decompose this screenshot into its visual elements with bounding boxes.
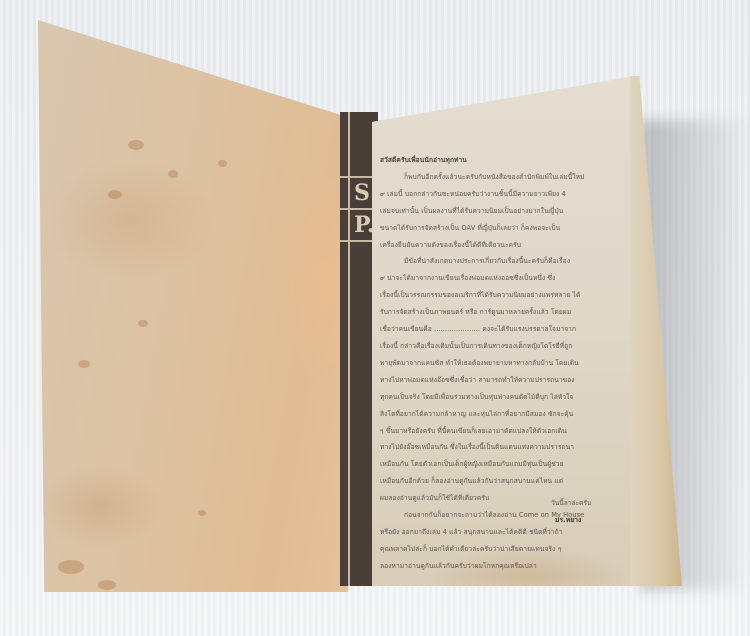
text-line: เหมือนกัน โดยตัวเอกเป็นเด็กผู้หญิงเหมือน… <box>380 456 642 473</box>
text-line: ทุกคนเป็นจริง โดยมีเพื่อนร่วมทางเป็นหุ่น… <box>380 389 642 406</box>
preface-text: สวัสดีครับเพื่อนนักอ่านทุกท่าน ก็พบกันอี… <box>380 152 642 575</box>
text-line: ๙ เล่มนี้ บอกกล่าวกันซะหน่อยครับว่างานชิ… <box>380 186 642 203</box>
text-line: ผมลองอ่านดูแล้วมันก็ใช้ได้ทีเดียวครับ <box>380 490 642 507</box>
foxing-stain <box>58 560 84 574</box>
text-line: พายุพัดมาจากแคนซัส ทำให้เธอต้องพยายามหาท… <box>380 355 642 372</box>
text-line: มีข้อที่น่าสังเกตบางประการเกี่ยวกับเรื่อ… <box>380 253 642 270</box>
foxing-stain <box>218 160 227 167</box>
text-line: สิงโตที่อยากได้ความกล้าหาญ และหุ่นไล่กาท… <box>380 406 642 423</box>
text-line: ๙ น่าจะได้มาจากงานเขียนเรื่องพ่อมดแห่งออ… <box>380 270 642 287</box>
text-line: หรือยัง ออกมาถึงเล่ม 4 แล้ว สนุกสนานและไ… <box>380 524 642 541</box>
text-line: เชื่อว่าคนเขียนคือ .....................… <box>380 321 642 338</box>
text-line: ๆ ขึ้นมาหรือยังครับ ที่นี้คนเขียนก็เลยเอ… <box>380 423 642 440</box>
text-line: ก็พบกันอีกครั้งแล้วนะครับกับหนังสือของสำ… <box>380 169 642 186</box>
spine-rule <box>348 112 350 586</box>
sign-off: วันนี้ลาล่ะครับ <box>551 497 591 508</box>
text-line: เหมือนกันอีกด้วย ก็ลองอ่านดูกันแล้วกันว่… <box>380 473 642 490</box>
spine-letter: S <box>354 182 370 204</box>
text-line: เรื่องนี้เป็นวรรณกรรมของอเมริกาที่ได้รับ… <box>380 287 642 304</box>
text-line: ก่อนจากกันก็อยากจะถามว่าได้ลองอ่าน Come … <box>380 507 642 524</box>
foxing-stain <box>138 320 148 327</box>
text-line: เครื่องยืนยันความดังของเรื่องนี้ได้ดีทีเ… <box>380 237 642 254</box>
signature: มร.หยาง <box>555 514 581 525</box>
text-line: เล่มจบเท่านั้น เป็นผลงานที่ได้รับความนิย… <box>380 203 642 220</box>
text-line: ทางไปยังอ๊อซเหมือนกัน ซึ่งในเรื่องนี้เป็… <box>380 439 642 456</box>
foxing-stain <box>78 360 90 368</box>
foxing-stain <box>198 510 206 516</box>
text-line: ขนาดได้รับการจัดสร้างเป็น OAV ที่ญี่ปุ่น… <box>380 220 642 237</box>
preface-heading: สวัสดีครับเพื่อนนักอ่านทุกท่าน <box>380 152 642 169</box>
text-line: รับการจัดสร้างเป็นภาพยนตร์ หรือ การ์ตูนม… <box>380 304 642 321</box>
foxing-stain <box>108 190 122 199</box>
text-line: ลองหามาอ่านดูกันแล้วกันครับว่าผมโกหกคุณห… <box>380 558 642 575</box>
spine-letter: P. <box>354 214 375 236</box>
foxing-stain <box>168 170 178 178</box>
foxing-stain <box>98 580 116 590</box>
text-line: เรื่องนี้ กล่าวคือเรื่องเดิมนั้นเป็นการเ… <box>380 338 642 355</box>
text-line: ทางไปหาพ่อมดแห่งอ๊อซซึ่งเชื่อว่า สามารถท… <box>380 372 642 389</box>
text-line: คุณพลาดไปล่ะก็ บอกได้คำเดียวล่ะครับว่าน่… <box>380 541 642 558</box>
left-page <box>38 20 348 592</box>
foxing-stain <box>128 140 144 150</box>
